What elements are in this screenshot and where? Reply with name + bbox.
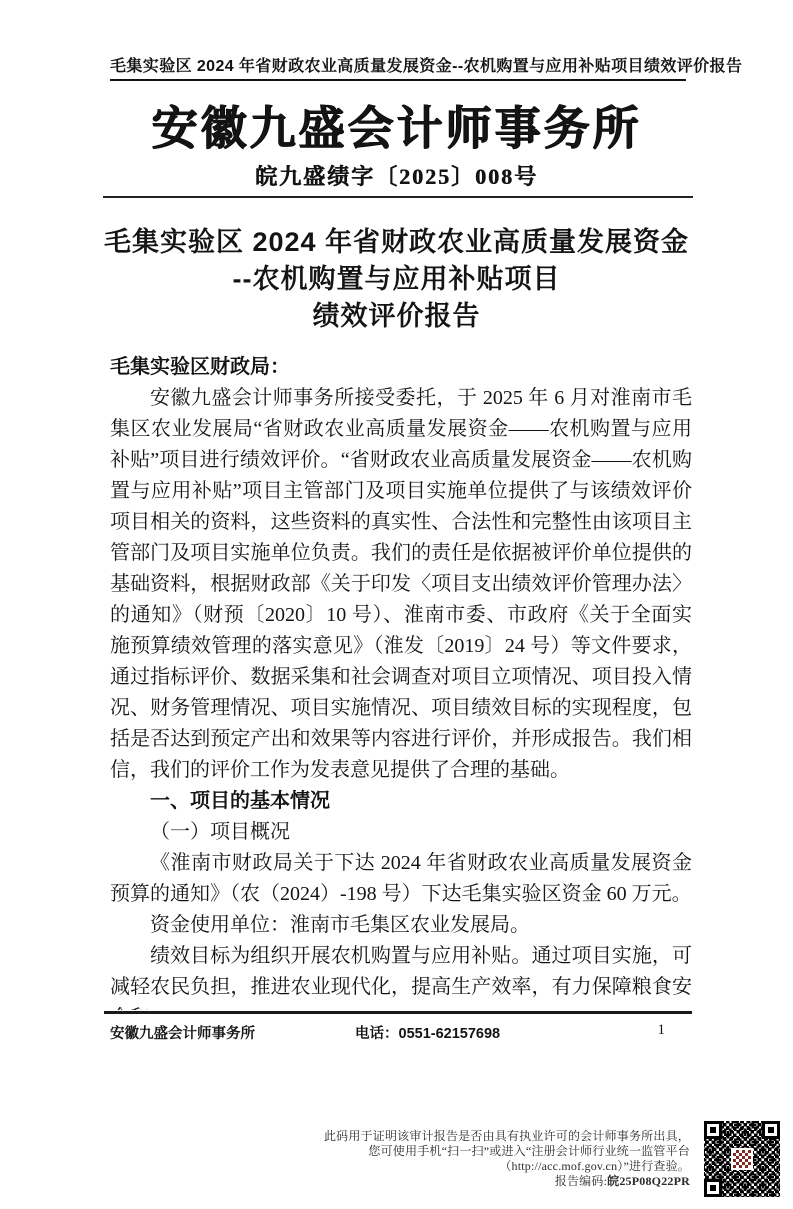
paragraph-engagement: 安徽九盛会计师事务所接受委托，于 2025 年 6 月对淮南市毛集区农业发展局“… <box>110 383 692 786</box>
report-code-label: 报告编码: <box>555 1174 607 1188</box>
footer-divider <box>104 1011 692 1014</box>
page-footer: 安徽九盛会计师事务所 电话：0551-62157698 1 <box>110 1022 690 1044</box>
report-title-line1: 毛集实验区 2024 年省财政农业高质量发展资金 <box>0 224 793 261</box>
firm-name-letterhead: 安徽九盛会计师事务所 <box>0 92 793 158</box>
verification-note: 此码用于证明该审计报告是否由具有执业许可的会计师事务所出具， 您可使用手机“扫一… <box>250 1129 690 1189</box>
report-title-line2: --农机购置与应用补贴项目 <box>0 261 793 298</box>
report-title-line3: 绩效评价报告 <box>0 298 793 335</box>
report-page: 毛集实验区 2024 年省财政农业高质量发展资金--农机购置与应用补贴项目 绩效… <box>0 0 793 1209</box>
section-1-heading: 一、项目的基本情况 <box>110 786 692 817</box>
paragraph-budget-notice: 《淮南市财政局关于下达 2024 年省财政农业高质量发展资金预算的通知》（农（2… <box>110 848 692 910</box>
report-title: 毛集实验区 2024 年省财政农业高质量发展资金 --农机购置与应用补贴项目 绩… <box>0 224 793 335</box>
footer-phone: 电话：0551-62157698 <box>355 1022 500 1043</box>
document-number: 皖九盛绩字〔2025〕008号 <box>0 160 793 191</box>
running-header-project-title: 毛集实验区 2024 年省财政农业高质量发展资金--农机购置与应用补贴项目 <box>110 53 644 76</box>
paragraph-fund-user: 资金使用单位：淮南市毛集区农业发展局。 <box>110 910 692 941</box>
report-code-value: 皖25P08Q22PR <box>607 1174 690 1188</box>
paragraph-performance-goal: 绩效目标为组织开展农机购置与应用补贴。通过项目实施，可减轻农民负担，推进农业现代… <box>110 941 692 1010</box>
running-header-report-label: 绩效评价报告 <box>644 53 742 76</box>
qr-finder-top-right <box>762 1121 780 1139</box>
page-number: 1 <box>658 1022 666 1039</box>
report-code-line: 报告编码:皖25P08Q22PR <box>250 1174 690 1189</box>
qr-code <box>704 1121 780 1197</box>
qr-center-seal <box>731 1148 753 1170</box>
qr-finder-top-left <box>704 1121 722 1139</box>
footer-firm-name: 安徽九盛会计师事务所 <box>110 1022 255 1043</box>
verification-line2: 您可使用手机“扫一扫”或进入“注册会计师行业统一监管平台（http://acc.… <box>250 1144 690 1174</box>
report-body: 毛集实验区财政局： 安徽九盛会计师事务所接受委托，于 2025 年 6 月对淮南… <box>110 352 692 1010</box>
letterhead-divider <box>103 196 693 198</box>
qr-finder-bottom-left <box>704 1179 722 1197</box>
salutation: 毛集实验区财政局： <box>110 352 692 383</box>
verification-line1: 此码用于证明该审计报告是否由具有执业许可的会计师事务所出具， <box>250 1129 690 1144</box>
running-header: 毛集实验区 2024 年省财政农业高质量发展资金--农机购置与应用补贴项目 绩效… <box>110 53 686 81</box>
section-1-1-subheading: （一）项目概况 <box>110 817 692 848</box>
